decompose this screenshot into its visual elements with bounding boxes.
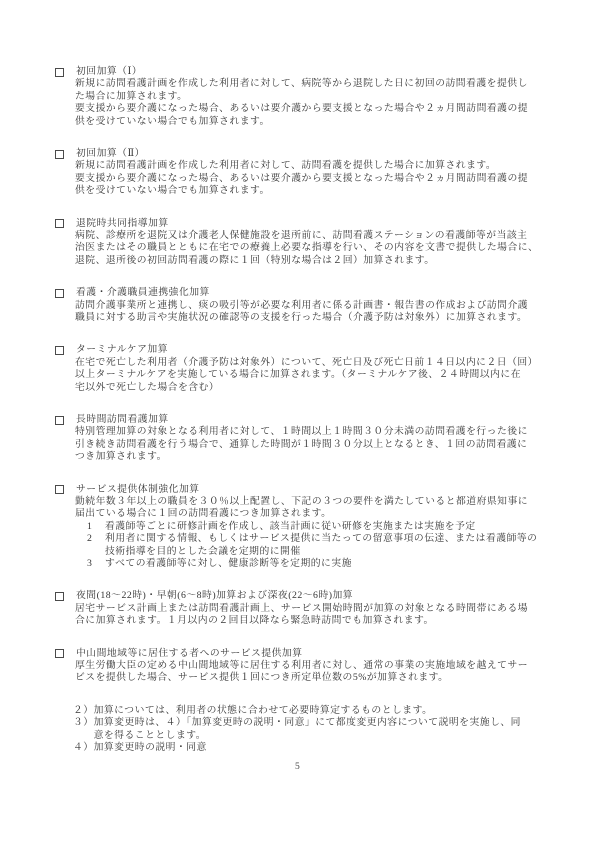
section-title-row: 長時間訪問看護加算 <box>55 414 555 426</box>
footnote-text: 加算については、利用者の状態に合わせて必要時算定するものとします。 <box>94 705 433 717</box>
footnote: ２）加算については、利用者の状態に合わせて必要時算定するものとします。 <box>73 705 555 717</box>
body-line: 看護師等ごとに研修計画を作成し、該当計画に従い研修を実施または実施を予定 <box>105 521 476 533</box>
body-line: 宅以外で死亡した場合を含む） <box>75 382 555 394</box>
body-line: 新規に訪問看護計画を作成した利用者に対して、訪問看護を提供した場合に加算されます… <box>75 160 555 172</box>
checkbox-icon <box>55 649 64 658</box>
body-line: 病院、診療所を退院又は介護老人保健施設を退所前に、訪問看護ステーションの看護師等… <box>75 230 555 242</box>
body-line: 供を受けていない場合でも加算されます。 <box>75 116 555 128</box>
body-line: 居宅サービス計画上または訪問看護計画上、サービス開始時間が加算の対象となる時間帯… <box>75 603 555 615</box>
section-title: 初回加算（Ⅰ） <box>76 66 142 78</box>
footnote-number: ２） <box>73 705 94 717</box>
checkbox-icon <box>55 289 64 298</box>
section-body: 居宅サービス計画上または訪問看護計画上、サービス開始時間が加算の対象となる時間帯… <box>75 603 555 628</box>
section-title: 初回加算（Ⅱ） <box>76 148 145 160</box>
body-line: 要支援から要介護になった場合、あるいは要介護から要支援となった場合や２ヵ月間訪問… <box>75 103 555 115</box>
document-body: 初回加算（Ⅰ）新規に訪問看護計画を作成した利用者に対して、病院等から退院した日に… <box>55 66 555 755</box>
section-title: サービス提供体制強化加算 <box>76 484 200 496</box>
numbered-item-text: 利用者に関する情報、もしくはサービス提供に当たっての留意事項の伝達、または看護師… <box>105 533 537 558</box>
body-line: 供を受けていない場合でも加算されます。 <box>75 185 555 197</box>
checklist-item: 長時間訪問看護加算特別管理加算の対象となる利用者に対して、１時間以上１時間３０分… <box>55 414 555 464</box>
numbered-item-text: 看護師等ごとに研修計画を作成し、該当計画に従い研修を実施または実施を予定 <box>105 521 476 533</box>
section-body: 新規に訪問看護計画を作成した利用者に対して、訪問看護を提供した場合に加算されます… <box>75 160 555 197</box>
section-title-row: 初回加算（Ⅰ） <box>55 66 555 78</box>
body-line: 訪問介護事業所と連携し、痰の吸引等が必要な利用者に係る計画書・報告書の作成および… <box>75 300 555 312</box>
checkbox-icon <box>55 592 64 601</box>
footer-notes: ２）加算については、利用者の状態に合わせて必要時算定するものとします。３）加算変… <box>73 705 555 755</box>
body-line: た場合に加算されます。 <box>75 91 555 103</box>
section-body: 厚生労働大臣の定める中山間地域等に居住する利用者に対し、通常の事業の実施地域を越… <box>75 660 555 685</box>
body-line: すべての看護師等に対し、健康診断等を定期的に実施 <box>105 558 352 570</box>
body-line: 合に加算されます。１月以内の２回目以降なら緊急時訪問でも加算されます。 <box>75 615 555 627</box>
checkbox-icon <box>55 150 64 159</box>
checklist-item: 初回加算（Ⅱ）新規に訪問看護計画を作成した利用者に対して、訪問看護を提供した場合… <box>55 148 555 198</box>
section-body: 訪問介護事業所と連携し、痰の吸引等が必要な利用者に係る計画書・報告書の作成および… <box>75 300 555 325</box>
section-title: 長時間訪問看護加算 <box>76 414 169 426</box>
checklist-item: サービス提供体制強化加算勤続年数３年以上の職員を３０％以上配置し、下記の３つの要… <box>55 484 555 571</box>
footnote-text: 加算変更時の説明・同意 <box>94 742 207 754</box>
checklist-item: ターミナルケア加算在宅で死亡した利用者（介護予防は対象外）について、死亡日及び死… <box>55 344 555 394</box>
section-title: 退院時共同指導加算 <box>76 218 169 230</box>
checklist: 初回加算（Ⅰ）新規に訪問看護計画を作成した利用者に対して、病院等から退院した日に… <box>55 66 555 685</box>
body-line: 加算については、利用者の状態に合わせて必要時算定するものとします。 <box>94 705 433 717</box>
numbered-item-text: すべての看護師等に対し、健康診断等を定期的に実施 <box>105 558 352 570</box>
section-title-row: サービス提供体制強化加算 <box>55 484 555 496</box>
body-line: 技術指導を目的とした会議を定期的に開催 <box>105 546 537 558</box>
numbered-item-number: 2 <box>87 533 105 558</box>
footnote: ３）加算変更時は、４）「加算変更時の説明・同意」にて都度変更内容について説明を実… <box>73 717 555 742</box>
checkbox-icon <box>55 346 64 355</box>
page-number: 5 <box>0 762 595 772</box>
section-title-row: 退院時共同指導加算 <box>55 218 555 230</box>
document-page: 初回加算（Ⅰ）新規に訪問看護計画を作成した利用者に対して、病院等から退院した日に… <box>0 0 595 842</box>
section-title-row: 中山間地域等に居住する者へのサービス提供加算 <box>55 648 555 660</box>
body-line: 新規に訪問看護計画を作成した利用者に対して、病院等から退院した日に初回の訪問看護… <box>75 78 555 90</box>
body-line: 届出ている場合に１回の訪問看護につき加算されます。 <box>75 508 555 520</box>
section-title-row: 初回加算（Ⅱ） <box>55 148 555 160</box>
checklist-item: 中山間地域等に居住する者へのサービス提供加算厚生労働大臣の定める中山間地域等に居… <box>55 648 555 685</box>
checklist-item: 夜間(18～22時)・早朝(6～8時)加算および深夜(22～6時)加算居宅サービ… <box>55 590 555 627</box>
footnote-text: 加算変更時は、４）「加算変更時の説明・同意」にて都度変更内容について説明を実施し… <box>94 717 521 742</box>
section-body: 特別管理加算の対象となる利用者に対して、１時間以上１時間３０分未満の訪問看護を行… <box>75 426 555 463</box>
section-title-row: 夜間(18～22時)・早朝(6～8時)加算および深夜(22～6時)加算 <box>55 590 555 602</box>
section-title-row: 看護・介護職員連携強化加算 <box>55 287 555 299</box>
footnote-number: ３） <box>73 717 94 742</box>
section-title: 看護・介護職員連携強化加算 <box>76 287 210 299</box>
body-line: 治医またはその職員とともに在宅での療養上必要な指導を行い、その内容を文書で提供し… <box>75 242 555 254</box>
section-title: ターミナルケア加算 <box>76 344 168 356</box>
body-line: 特別管理加算の対象となる利用者に対して、１時間以上１時間３０分未満の訪問看護を行… <box>75 426 555 438</box>
numbered-item: 2利用者に関する情報、もしくはサービス提供に当たっての留意事項の伝達、または看護… <box>75 533 555 558</box>
numbered-item: 3すべての看護師等に対し、健康診断等を定期的に実施 <box>75 558 555 570</box>
section-title: 夜間(18～22時)・早朝(6～8時)加算および深夜(22～6時)加算 <box>76 590 353 602</box>
body-line: 引き続き訪問看護を行う場合で、通算した時間が１時間３０分以上となるとき、１回の訪… <box>75 439 555 451</box>
section-body: 勤続年数３年以上の職員を３０％以上配置し、下記の３つの要件を満たしていると都道府… <box>75 496 555 570</box>
section-title-row: ターミナルケア加算 <box>55 344 555 356</box>
body-line: つき加算されます。 <box>75 451 555 463</box>
footnote-number: ４） <box>73 742 94 754</box>
section-body: 在宅で死亡した利用者（介護予防は対象外）について、死亡日及び死亡日前１４日以内に… <box>75 357 555 394</box>
checklist-item: 看護・介護職員連携強化加算訪問介護事業所と連携し、痰の吸引等が必要な利用者に係る… <box>55 287 555 324</box>
body-line: 意を得ることとします。 <box>94 730 521 742</box>
numbered-item-number: 1 <box>87 521 105 533</box>
body-line: 退院、退所後の初回訪問看護の際に１回（特別な場合は２回）加算されます。 <box>75 255 555 267</box>
body-line: 以上ターミナルケアを実施している場合に加算されます。（ターミナルケア後、２４時間… <box>75 369 555 381</box>
checkbox-icon <box>55 219 64 228</box>
checklist-item: 初回加算（Ⅰ）新規に訪問看護計画を作成した利用者に対して、病院等から退院した日に… <box>55 66 555 128</box>
body-line: ビスを提供した場合、サービス提供１回につき所定単位数の5%が加算されます。 <box>75 672 555 684</box>
numbered-item: 1看護師等ごとに研修計画を作成し、該当計画に従い研修を実施または実施を予定 <box>75 521 555 533</box>
checkbox-icon <box>55 68 64 77</box>
numbered-item-number: 3 <box>87 558 105 570</box>
checkbox-icon <box>55 485 64 494</box>
section-body: 病院、診療所を退院又は介護老人保健施設を退所前に、訪問看護ステーションの看護師等… <box>75 230 555 267</box>
body-line: 要支援から要介護になった場合、あるいは要介護から要支援となった場合や２ヵ月間訪問… <box>75 173 555 185</box>
body-line: 職員に対する助言や実施状況の確認等の支援を行った場合（介護予防は対象外）に加算さ… <box>75 312 555 324</box>
body-line: 加算変更時の説明・同意 <box>94 742 207 754</box>
checkbox-icon <box>55 416 64 425</box>
section-title: 中山間地域等に居住する者へのサービス提供加算 <box>76 648 303 660</box>
body-line: 厚生労働大臣の定める中山間地域等に居住する利用者に対し、通常の事業の実施地域を越… <box>75 660 555 672</box>
body-line: 利用者に関する情報、もしくはサービス提供に当たっての留意事項の伝達、または看護師… <box>105 533 537 545</box>
body-line: 勤続年数３年以上の職員を３０％以上配置し、下記の３つの要件を満たしていると都道府… <box>75 496 555 508</box>
footnote: ４）加算変更時の説明・同意 <box>73 742 555 754</box>
section-body: 新規に訪問看護計画を作成した利用者に対して、病院等から退院した日に初回の訪問看護… <box>75 78 555 128</box>
body-line: 在宅で死亡した利用者（介護予防は対象外）について、死亡日及び死亡日前１４日以内に… <box>75 357 555 369</box>
body-line: 加算変更時は、４）「加算変更時の説明・同意」にて都度変更内容について説明を実施し… <box>94 717 521 729</box>
checklist-item: 退院時共同指導加算病院、診療所を退院又は介護老人保健施設を退所前に、訪問看護ステ… <box>55 218 555 268</box>
